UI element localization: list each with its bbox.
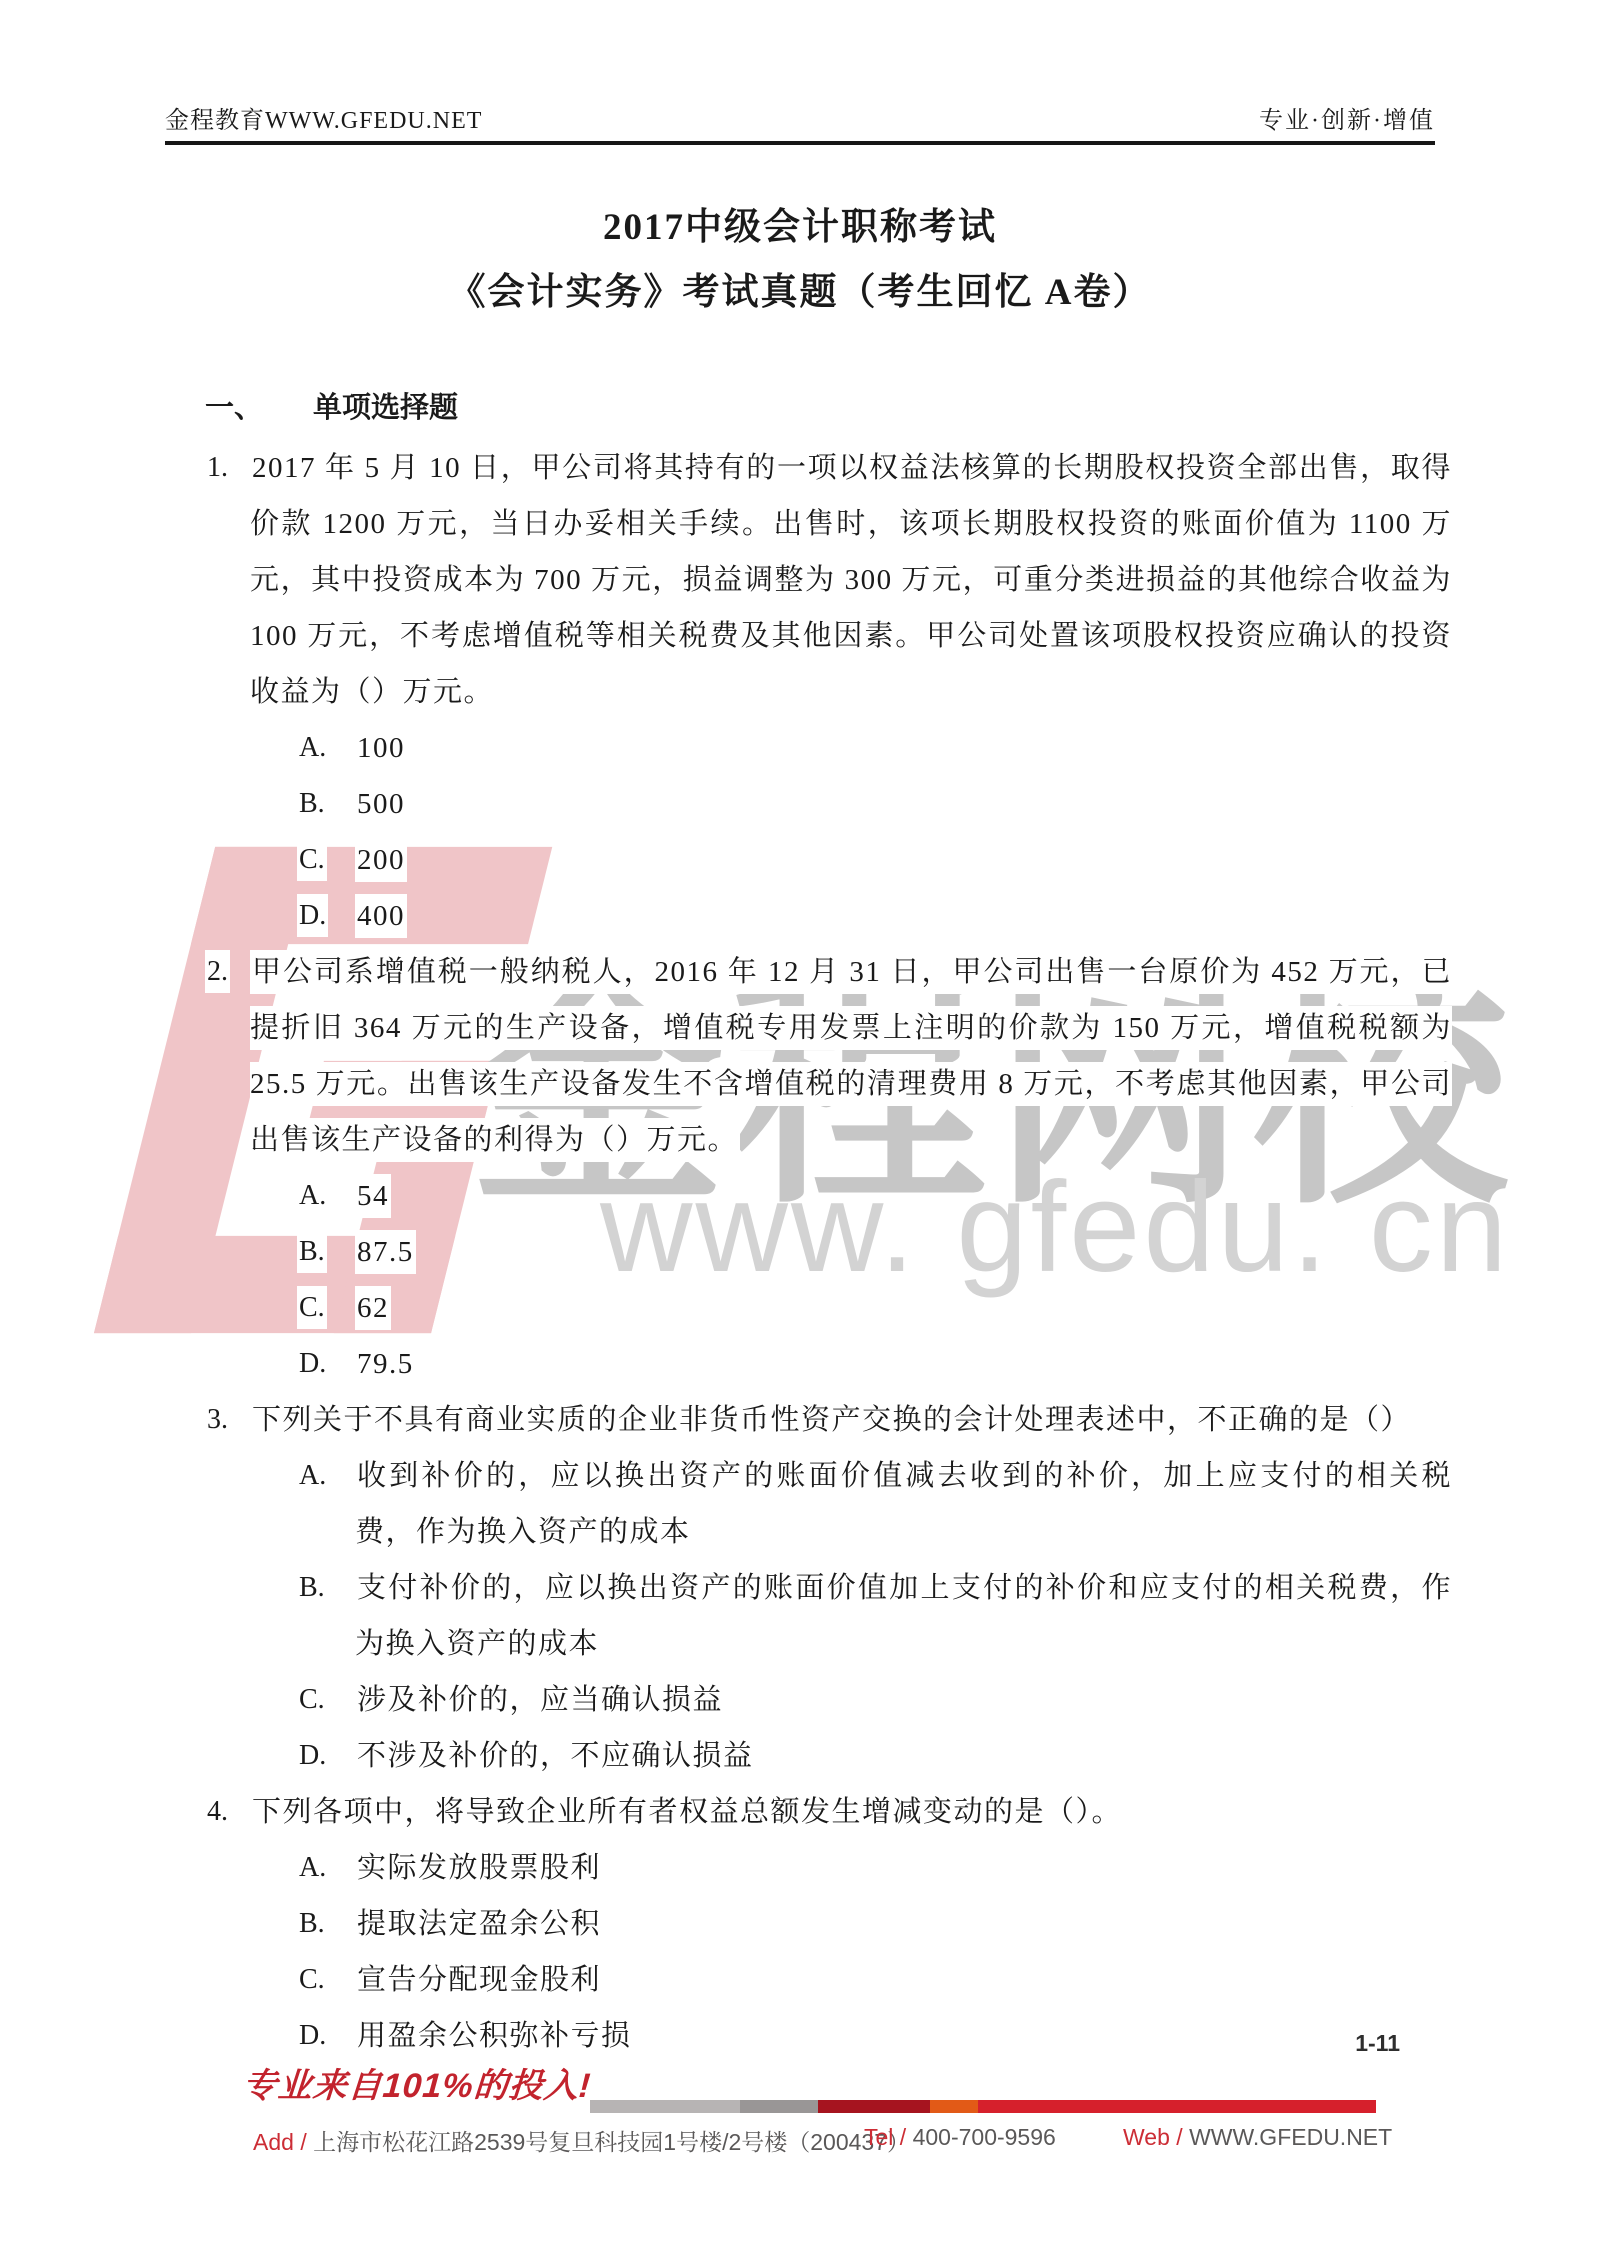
question-4: 4. 下列各项中，将导致企业所有者权益总额发生增减变动的是（）。 A. 实际发放…	[0, 1784, 1600, 2064]
option-text: 宣告分配现金股利	[355, 1952, 1452, 2008]
footer-bar-segment-orange	[930, 2100, 978, 2113]
option-row: B. 支付补价的，应以换出资产的账面价值加上支付的补价和应支付的相关税费，作为换…	[250, 1560, 1452, 1672]
page-number: 1-11	[1355, 2030, 1400, 2057]
exam-body: 一、单项选择题 1. 2017 年 5 月 10 日，甲公司将其持有的一项以权益…	[0, 385, 1600, 2064]
option-label: A.	[297, 1168, 355, 1224]
option-row: B. 87.5	[250, 1224, 1452, 1280]
option-row: B. 提取法定盈余公积	[250, 1896, 1452, 1952]
option-text: 400	[355, 888, 1452, 944]
option-row: A. 54	[250, 1168, 1452, 1224]
option-row: B. 500	[250, 776, 1452, 832]
option-text: 提取法定盈余公积	[355, 1896, 1452, 1952]
option-row: D. 不涉及补价的，不应确认损益	[250, 1728, 1452, 1784]
footer-bar-segment-darkred	[818, 2100, 930, 2113]
question-main: 2017 年 5 月 10 日，甲公司将其持有的一项以权益法核算的长期股权投资全…	[250, 440, 1452, 944]
footer-slogan: 专业来自101%的投入!	[241, 2058, 593, 2107]
footer-web: Web / WWW.GFEDU.NET	[1123, 2124, 1392, 2151]
option-label: C.	[297, 1280, 355, 1336]
footer-tel: Tel / 400-700-9596	[864, 2124, 1056, 2151]
option-row: D. 400	[250, 888, 1452, 944]
option-row: D. 79.5	[250, 1336, 1452, 1392]
option-text: 62	[355, 1280, 1452, 1336]
section-index: 一、	[205, 392, 263, 424]
footer-bar-segment-darkgray	[740, 2100, 818, 2113]
question-number: 4.	[205, 1784, 250, 2064]
footer-tel-label: Tel	[864, 2124, 893, 2150]
option-text: 100	[355, 720, 1452, 776]
option-row: C. 宣告分配现金股利	[250, 1952, 1452, 2008]
question-1: 1. 2017 年 5 月 10 日，甲公司将其持有的一项以权益法核算的长期股权…	[0, 440, 1600, 944]
option-row: A. 100	[250, 720, 1452, 776]
option-label: C.	[297, 832, 355, 888]
option-text: 实际发放股票股利	[355, 1840, 1452, 1896]
option-text: 不涉及补价的，不应确认损益	[355, 1728, 1452, 1784]
option-row: A. 实际发放股票股利	[250, 1840, 1452, 1896]
option-label: A.	[297, 1448, 355, 1560]
option-label: D.	[297, 888, 355, 944]
option-text: 200	[355, 832, 1452, 888]
option-row: C. 涉及补价的，应当确认损益	[250, 1672, 1452, 1728]
option-label: B.	[297, 1224, 355, 1280]
footer-address: Add / 上海市松花江路2539号复旦科技园1号楼/2号楼（200437）	[253, 2124, 910, 2157]
question-stem: 甲公司系增值税一般纳税人，2016 年 12 月 31 日，甲公司出售一台原价为…	[250, 944, 1452, 1168]
question-stem: 下列关于不具有商业实质的企业非货币性资产交换的会计处理表述中，不正确的是（）	[250, 1392, 1452, 1448]
question-main: 甲公司系增值税一般纳税人，2016 年 12 月 31 日，甲公司出售一台原价为…	[250, 944, 1452, 1392]
question-number: 2.	[205, 944, 250, 1392]
option-label: D.	[297, 1728, 355, 1784]
question-main: 下列各项中，将导致企业所有者权益总额发生增减变动的是（）。 A. 实际发放股票股…	[250, 1784, 1452, 2064]
option-text: 54	[355, 1168, 1452, 1224]
option-label: B.	[297, 1560, 355, 1672]
option-row: C. 200	[250, 832, 1452, 888]
section-heading: 一、单项选择题	[0, 385, 1600, 440]
option-label: A.	[297, 720, 355, 776]
question-number: 1.	[205, 440, 250, 944]
question-stem: 2017 年 5 月 10 日，甲公司将其持有的一项以权益法核算的长期股权投资全…	[250, 440, 1452, 720]
option-label: A.	[297, 1840, 355, 1896]
footer-bar-segment-red	[978, 2100, 1376, 2113]
document-page: 金程教育WWW.GFEDU.NET 专业·创新·增值 2017中级会计职称考试 …	[0, 0, 1600, 2263]
option-text: 收到补价的，应以换出资产的账面价值减去收到的补价，加上应支付的相关税费，作为换入…	[355, 1448, 1452, 1560]
option-text: 87.5	[355, 1224, 1452, 1280]
option-label: B.	[297, 776, 355, 832]
question-3: 3. 下列关于不具有商业实质的企业非货币性资产交换的会计处理表述中，不正确的是（…	[0, 1392, 1600, 1784]
footer-bar-segment-gray	[590, 2100, 740, 2113]
option-row: C. 62	[250, 1280, 1452, 1336]
option-label: D.	[297, 2008, 355, 2064]
option-label: B.	[297, 1896, 355, 1952]
option-text: 用盈余公积弥补亏损	[355, 2008, 1452, 2064]
option-label: C.	[297, 1952, 355, 2008]
option-label: C.	[297, 1672, 355, 1728]
question-number: 3.	[205, 1392, 250, 1784]
question-stem: 下列各项中，将导致企业所有者权益总额发生增减变动的是（）。	[250, 1784, 1452, 1840]
option-row: D. 用盈余公积弥补亏损	[250, 2008, 1452, 2064]
option-text: 支付补价的，应以换出资产的账面价值加上支付的补价和应支付的相关税费，作为换入资产…	[355, 1560, 1452, 1672]
question-2: 2. 甲公司系增值税一般纳税人，2016 年 12 月 31 日，甲公司出售一台…	[0, 944, 1600, 1392]
section-title: 单项选择题	[313, 392, 458, 424]
option-text: 涉及补价的，应当确认损益	[355, 1672, 1452, 1728]
option-text: 500	[355, 776, 1452, 832]
option-text: 79.5	[355, 1336, 1452, 1392]
option-row: A. 收到补价的，应以换出资产的账面价值减去收到的补价，加上应支付的相关税费，作…	[250, 1448, 1452, 1560]
question-main: 下列关于不具有商业实质的企业非货币性资产交换的会计处理表述中，不正确的是（） A…	[250, 1392, 1452, 1784]
footer-address-label: Add	[253, 2129, 294, 2155]
option-label: D.	[297, 1336, 355, 1392]
footer-web-label: Web	[1123, 2124, 1170, 2150]
